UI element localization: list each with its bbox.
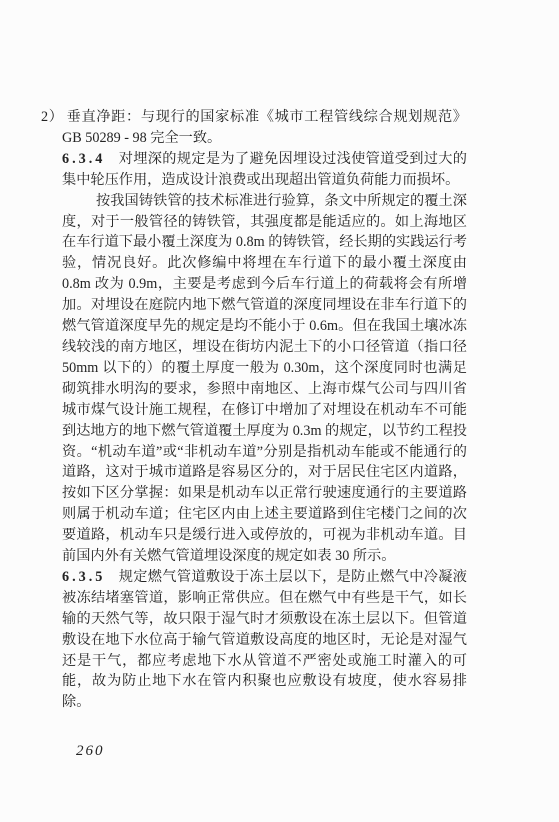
clause-6-3-4-text: 对埋深的规定是为了避免因埋设过浅使管道受到过大的集中轮压作用，造成设计浪费或出现… — [62, 151, 467, 188]
clause-6-3-4-number: 6.3.4 — [62, 151, 105, 167]
clause-6-3-5-number: 6.3.5 — [62, 569, 105, 585]
paragraph-burial-depth-discussion: 按我国铸铁管的技术标准进行验算，条文中所规定的覆土深度，对于一般管径的铸铁管，其… — [62, 191, 467, 567]
clause-6-3-5-text: 规定燃气管道敷设于冻土层以下，是防止燃气中冷凝液被冻结堵塞管道，影响正常供应。但… — [62, 569, 467, 710]
page-content: 2）垂直净距：与现行的国家标准《城市工程管线综合规划规范》GB 50289 - … — [62, 107, 467, 713]
clause-6-3-5: 6.3.5规定燃气管道敷设于冻土层以下，是防止燃气中冷凝液被冻结堵塞管道，影响正… — [62, 567, 467, 713]
list-item-number: 2） — [41, 109, 64, 125]
list-item-vertical-clearance: 2）垂直净距：与现行的国家标准《城市工程管线综合规划规范》GB 50289 - … — [62, 107, 467, 149]
clause-6-3-4: 6.3.4对埋深的规定是为了避免因埋设过浅使管道受到过大的集中轮压作用，造成设计… — [62, 149, 467, 191]
list-item-text: 垂直净距：与现行的国家标准《城市工程管线综合规划规范》GB 50289 - 98… — [62, 109, 467, 146]
document-page: 2）垂直净距：与现行的国家标准《城市工程管线综合规划规范》GB 50289 - … — [0, 0, 559, 822]
page-number: 260 — [76, 743, 105, 760]
